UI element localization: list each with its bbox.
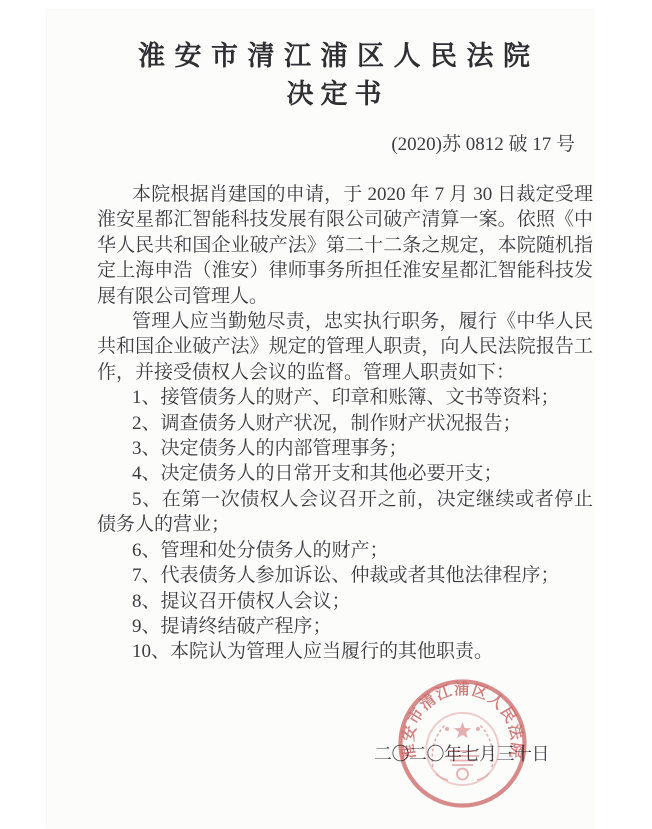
doc-type-title: 决定书 <box>97 75 571 113</box>
body-line: 债务人的营业； <box>97 512 593 537</box>
body-line: 9、提请终结破产程序； <box>97 614 593 639</box>
document-body: 本院根据肖建国的申请，于 2020 年 7 月 30 日裁定受理 淮安星都汇智能… <box>97 182 593 665</box>
body-line: 共和国企业破产法》规定的管理人职责，向人民法院报告工 <box>97 334 593 359</box>
document-content: 淮安市清江浦区人民法院 决定书 (2020)苏 0812 破 17 号 本院根据… <box>47 10 595 665</box>
body-line: 4、决定债务人的日常开支和其他必要开支； <box>97 461 593 486</box>
seal-text: 淮安市清江浦区人民法院 <box>398 680 527 760</box>
body-line: 5、在第一次债权人会议召开之前，决定继续或者停止 <box>97 487 593 512</box>
scanned-page: 淮安市清江浦区人民法院 决定书 (2020)苏 0812 破 17 号 本院根据… <box>0 0 652 829</box>
body-line: 8、提议召开债权人会议； <box>97 589 593 614</box>
body-line: 2、调查债务人财产状况，制作财产状况报告； <box>97 411 593 436</box>
body-line: 作，并接受债权人会议的监督。管理人职责如下： <box>97 360 593 385</box>
body-line: 定上海申浩（淮安）律师事务所担任淮安星都汇智能科技发 <box>97 258 593 283</box>
court-seal-graphic: 淮安市清江浦区人民法院 <box>396 677 529 810</box>
body-line: 淮安星都汇智能科技发展有限公司破产清算一案。依照《中 <box>97 207 593 232</box>
national-emblem-icon <box>427 713 499 785</box>
body-line: 7、代表债务人参加诉讼、仲裁或者其他法律程序； <box>97 563 593 588</box>
body-line: 本院根据肖建国的申请，于 2020 年 7 月 30 日裁定受理 <box>97 182 593 207</box>
body-line: 华人民共和国企业破产法》第二十二条之规定，本院随机指 <box>97 233 593 258</box>
body-line: 10、本院认为管理人应当履行的其他职责。 <box>97 639 593 664</box>
body-line: 6、管理和处分债务人的财产； <box>97 538 593 563</box>
body-line: 展有限公司管理人。 <box>97 284 593 309</box>
body-line: 1、接管债务人的财产、印章和账簿、文书等资料； <box>97 385 593 410</box>
body-line: 3、决定债务人的内部管理事务； <box>97 436 593 461</box>
document-title-block: 淮安市清江浦区人民法院 决定书 <box>97 37 593 113</box>
case-number: (2020)苏 0812 破 17 号 <box>97 133 575 157</box>
court-seal: 淮安市清江浦区人民法院 <box>396 677 529 810</box>
court-name-title: 淮安市清江浦区人民法院 <box>97 37 571 75</box>
body-line: 管理人应当勤勉尽责，忠实执行职务，履行《中华人民 <box>97 309 593 334</box>
